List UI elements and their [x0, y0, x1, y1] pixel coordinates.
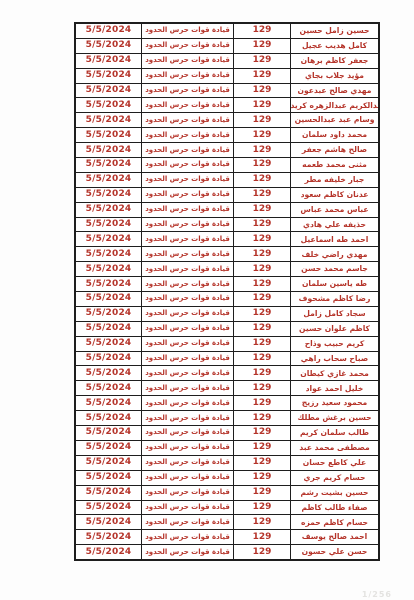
cell-code: 129 — [234, 203, 291, 217]
cell-unit: قيادة قوات حرس الحدود — [142, 471, 234, 485]
cell-name: كاظم علوان حسين — [291, 322, 378, 336]
cell-date: 5/5/2024 — [76, 456, 142, 470]
cell-code: 129 — [234, 322, 291, 336]
cell-code: 129 — [234, 411, 291, 425]
cell-date: 5/5/2024 — [76, 84, 142, 98]
cell-unit: قيادة قوات حرس الحدود — [142, 411, 234, 425]
cell-code: 129 — [234, 530, 291, 544]
table-row: 5/5/2024قيادة قوات حرس الحدود129سجاد كام… — [76, 307, 378, 322]
cell-name: مصطفى محمد عبد — [291, 441, 378, 455]
cell-name: مثنى محمد طعمه — [291, 158, 378, 172]
cell-code: 129 — [234, 232, 291, 246]
cell-code: 129 — [234, 128, 291, 142]
cell-date: 5/5/2024 — [76, 98, 142, 112]
cell-code: 129 — [234, 441, 291, 455]
cell-name: عدنان كاظم سعود — [291, 188, 378, 202]
table-row: 5/5/2024قيادة قوات حرس الحدود129خليل احم… — [76, 381, 378, 396]
cell-code: 129 — [234, 426, 291, 440]
cell-date: 5/5/2024 — [76, 426, 142, 440]
cell-unit: قيادة قوات حرس الحدود — [142, 98, 234, 112]
cell-name: مؤيد جلاب بجاي — [291, 69, 378, 83]
cell-date: 5/5/2024 — [76, 411, 142, 425]
cell-code: 129 — [234, 98, 291, 112]
cell-unit: قيادة قوات حرس الحدود — [142, 307, 234, 321]
cell-date: 5/5/2024 — [76, 337, 142, 351]
cell-unit: قيادة قوات حرس الحدود — [142, 113, 234, 127]
cell-name: علي كاطع حسان — [291, 456, 378, 470]
cell-unit: قيادة قوات حرس الحدود — [142, 232, 234, 246]
cell-unit: قيادة قوات حرس الحدود — [142, 84, 234, 98]
cell-code: 129 — [234, 173, 291, 187]
cell-date: 5/5/2024 — [76, 188, 142, 202]
table-row: 5/5/2024قيادة قوات حرس الحدود129كريم حبي… — [76, 337, 378, 352]
cell-date: 5/5/2024 — [76, 54, 142, 68]
cell-code: 129 — [234, 247, 291, 261]
cell-unit: قيادة قوات حرس الحدود — [142, 486, 234, 500]
table-row: 5/5/2024قيادة قوات حرس الحدود129احمد طه … — [76, 232, 378, 247]
cell-unit: قيادة قوات حرس الحدود — [142, 24, 234, 38]
cell-date: 5/5/2024 — [76, 24, 142, 38]
cell-date: 5/5/2024 — [76, 352, 142, 366]
cell-unit: قيادة قوات حرس الحدود — [142, 396, 234, 410]
cell-code: 129 — [234, 143, 291, 157]
cell-code: 129 — [234, 396, 291, 410]
cell-code: 129 — [234, 277, 291, 291]
cell-unit: قيادة قوات حرس الحدود — [142, 366, 234, 380]
cell-code: 129 — [234, 262, 291, 276]
cell-date: 5/5/2024 — [76, 545, 142, 559]
cell-unit: قيادة قوات حرس الحدود — [142, 277, 234, 291]
cell-date: 5/5/2024 — [76, 262, 142, 276]
cell-unit: قيادة قوات حرس الحدود — [142, 441, 234, 455]
cell-unit: قيادة قوات حرس الحدود — [142, 218, 234, 232]
cell-code: 129 — [234, 84, 291, 98]
cell-code: 129 — [234, 381, 291, 395]
cell-date: 5/5/2024 — [76, 366, 142, 380]
cell-date: 5/5/2024 — [76, 441, 142, 455]
cell-code: 129 — [234, 337, 291, 351]
table-row: 5/5/2024قيادة قوات حرس الحدود129علي كاطع… — [76, 456, 378, 471]
cell-date: 5/5/2024 — [76, 471, 142, 485]
cell-name: محمود سعيد رزيج — [291, 396, 378, 410]
cell-date: 5/5/2024 — [76, 158, 142, 172]
cell-unit: قيادة قوات حرس الحدود — [142, 173, 234, 187]
cell-date: 5/5/2024 — [76, 173, 142, 187]
cell-name: عبدالكريم عبدالزهره كريدي — [291, 98, 378, 112]
cell-name: طه ياسين سلمان — [291, 277, 378, 291]
cell-name: محمد غازي كيطان — [291, 366, 378, 380]
cell-name: حسام كريم جري — [291, 471, 378, 485]
cell-code: 129 — [234, 456, 291, 470]
cell-name: محمد داود سلمان — [291, 128, 378, 142]
cell-name: طالب سلمان كريم — [291, 426, 378, 440]
table-row: 5/5/2024قيادة قوات حرس الحدود129حسين زام… — [76, 24, 378, 39]
cell-name: كريم حبيب وذاح — [291, 337, 378, 351]
cell-date: 5/5/2024 — [76, 113, 142, 127]
cell-code: 129 — [234, 307, 291, 321]
cell-date: 5/5/2024 — [76, 381, 142, 395]
cell-code: 129 — [234, 39, 291, 53]
table-row: 5/5/2024قيادة قوات حرس الحدود129محمد غاز… — [76, 366, 378, 381]
cell-unit: قيادة قوات حرس الحدود — [142, 322, 234, 336]
cell-unit: قيادة قوات حرس الحدود — [142, 262, 234, 276]
cell-date: 5/5/2024 — [76, 530, 142, 544]
cell-unit: قيادة قوات حرس الحدود — [142, 203, 234, 217]
cell-name: حذيفه علي هادي — [291, 218, 378, 232]
cell-unit: قيادة قوات حرس الحدود — [142, 158, 234, 172]
cell-name: حسن علي حسون — [291, 545, 378, 559]
cell-unit: قيادة قوات حرس الحدود — [142, 39, 234, 53]
cell-date: 5/5/2024 — [76, 247, 142, 261]
cell-unit: قيادة قوات حرس الحدود — [142, 247, 234, 261]
cell-name: جبار خليفه مطر — [291, 173, 378, 187]
cell-unit: قيادة قوات حرس الحدود — [142, 545, 234, 559]
cell-name: صالح هاشم جعفر — [291, 143, 378, 157]
cell-name: صفاء طالب كاظم — [291, 501, 378, 515]
cell-code: 129 — [234, 24, 291, 38]
cell-unit: قيادة قوات حرس الحدود — [142, 69, 234, 83]
table-row: 5/5/2024قيادة قوات حرس الحدود129كاظم علو… — [76, 322, 378, 337]
cell-unit: قيادة قوات حرس الحدود — [142, 501, 234, 515]
cell-date: 5/5/2024 — [76, 277, 142, 291]
table-row: 5/5/2024قيادة قوات حرس الحدود129جبار خلي… — [76, 173, 378, 188]
table-row: 5/5/2024قيادة قوات حرس الحدود129حسام كاظ… — [76, 515, 378, 530]
table-row: 5/5/2024قيادة قوات حرس الحدود129عباس محم… — [76, 203, 378, 218]
cell-unit: قيادة قوات حرس الحدود — [142, 456, 234, 470]
cell-date: 5/5/2024 — [76, 307, 142, 321]
cell-code: 129 — [234, 366, 291, 380]
cell-code: 129 — [234, 486, 291, 500]
table-row: 5/5/2024قيادة قوات حرس الحدود129مؤيد جلا… — [76, 69, 378, 84]
cell-code: 129 — [234, 515, 291, 529]
table-row: 5/5/2024قيادة قوات حرس الحدود129مهدي صال… — [76, 84, 378, 99]
cell-unit: قيادة قوات حرس الحدود — [142, 128, 234, 142]
results-table: 5/5/2024قيادة قوات حرس الحدود129حسين زام… — [74, 22, 380, 561]
cell-code: 129 — [234, 352, 291, 366]
cell-name: جعفر كاظم برهان — [291, 54, 378, 68]
page: 5/5/2024قيادة قوات حرس الحدود129حسين زام… — [0, 0, 414, 600]
cell-unit: قيادة قوات حرس الحدود — [142, 515, 234, 529]
cell-name: احمد صالح يوسف — [291, 530, 378, 544]
cell-name: كامل هديب عجيل — [291, 39, 378, 53]
cell-name: حسين برغش مطلك — [291, 411, 378, 425]
table-row: 5/5/2024قيادة قوات حرس الحدود129مصطفى مح… — [76, 441, 378, 456]
cell-date: 5/5/2024 — [76, 203, 142, 217]
table-row: 5/5/2024قيادة قوات حرس الحدود129مهدي راض… — [76, 247, 378, 262]
cell-date: 5/5/2024 — [76, 501, 142, 515]
cell-code: 129 — [234, 218, 291, 232]
cell-code: 129 — [234, 545, 291, 559]
cell-name: حسام كاظم حمزه — [291, 515, 378, 529]
cell-code: 129 — [234, 54, 291, 68]
table-row: 5/5/2024قيادة قوات حرس الحدود129طالب سلم… — [76, 426, 378, 441]
cell-code: 129 — [234, 471, 291, 485]
cell-code: 129 — [234, 292, 291, 306]
cell-name: مهدي راضي خلف — [291, 247, 378, 261]
cell-date: 5/5/2024 — [76, 39, 142, 53]
table-row: 5/5/2024قيادة قوات حرس الحدود129حذيفه عل… — [76, 218, 378, 233]
cell-code: 129 — [234, 158, 291, 172]
cell-name: حسين بشيت رشم — [291, 486, 378, 500]
cell-date: 5/5/2024 — [76, 143, 142, 157]
table-row: 5/5/2024قيادة قوات حرس الحدود129جعفر كاظ… — [76, 54, 378, 69]
table-row: 5/5/2024قيادة قوات حرس الحدود129صفاء طال… — [76, 501, 378, 516]
table-row: 5/5/2024قيادة قوات حرس الحدود129حسين برغ… — [76, 411, 378, 426]
table-row: 5/5/2024قيادة قوات حرس الحدود129حسام كري… — [76, 471, 378, 486]
cell-date: 5/5/2024 — [76, 322, 142, 336]
cell-code: 129 — [234, 69, 291, 83]
cell-name: وسام عبد عبدالحسين — [291, 113, 378, 127]
cell-unit: قيادة قوات حرس الحدود — [142, 54, 234, 68]
cell-unit: قيادة قوات حرس الحدود — [142, 352, 234, 366]
cell-date: 5/5/2024 — [76, 69, 142, 83]
table-row: 5/5/2024قيادة قوات حرس الحدود129وسام عبد… — [76, 113, 378, 128]
cell-unit: قيادة قوات حرس الحدود — [142, 292, 234, 306]
page-indicator: 1/256 — [362, 590, 392, 599]
cell-unit: قيادة قوات حرس الحدود — [142, 381, 234, 395]
table-row: 5/5/2024قيادة قوات حرس الحدود129حسين بشي… — [76, 486, 378, 501]
cell-code: 129 — [234, 188, 291, 202]
table-row: 5/5/2024قيادة قوات حرس الحدود129مثنى محم… — [76, 158, 378, 173]
cell-date: 5/5/2024 — [76, 486, 142, 500]
table-row: 5/5/2024قيادة قوات حرس الحدود129محمود سع… — [76, 396, 378, 411]
table-row: 5/5/2024قيادة قوات حرس الحدود129محمد داو… — [76, 128, 378, 143]
cell-unit: قيادة قوات حرس الحدود — [142, 188, 234, 202]
table-row: 5/5/2024قيادة قوات حرس الحدود129طه ياسين… — [76, 277, 378, 292]
cell-unit: قيادة قوات حرس الحدود — [142, 530, 234, 544]
cell-date: 5/5/2024 — [76, 232, 142, 246]
cell-date: 5/5/2024 — [76, 218, 142, 232]
cell-name: مهدي صالح عبدعون — [291, 84, 378, 98]
cell-date: 5/5/2024 — [76, 515, 142, 529]
cell-unit: قيادة قوات حرس الحدود — [142, 426, 234, 440]
cell-name: سجاد كامل زامل — [291, 307, 378, 321]
cell-name: رضا كاظم مشحوف — [291, 292, 378, 306]
cell-unit: قيادة قوات حرس الحدود — [142, 337, 234, 351]
cell-unit: قيادة قوات حرس الحدود — [142, 143, 234, 157]
table-row: 5/5/2024قيادة قوات حرس الحدود129كامل هدي… — [76, 39, 378, 54]
cell-code: 129 — [234, 501, 291, 515]
table-row: 5/5/2024قيادة قوات حرس الحدود129صباح سحا… — [76, 352, 378, 367]
table-row: 5/5/2024قيادة قوات حرس الحدود129حسن علي … — [76, 545, 378, 559]
cell-name: احمد طه اسماعيل — [291, 232, 378, 246]
cell-name: حسين زامل حسين — [291, 24, 378, 38]
table-row: 5/5/2024قيادة قوات حرس الحدود129رضا كاظم… — [76, 292, 378, 307]
table-row: 5/5/2024قيادة قوات حرس الحدود129احمد صال… — [76, 530, 378, 545]
table-row: 5/5/2024قيادة قوات حرس الحدود129جاسم محم… — [76, 262, 378, 277]
cell-name: عباس محمد عباس — [291, 203, 378, 217]
cell-date: 5/5/2024 — [76, 292, 142, 306]
cell-name: صباح سحاب راهي — [291, 352, 378, 366]
cell-code: 129 — [234, 113, 291, 127]
cell-date: 5/5/2024 — [76, 396, 142, 410]
table-row: 5/5/2024قيادة قوات حرس الحدود129عدنان كا… — [76, 188, 378, 203]
cell-name: جاسم محمد حسن — [291, 262, 378, 276]
table-row: 5/5/2024قيادة قوات حرس الحدود129عبدالكري… — [76, 98, 378, 113]
cell-date: 5/5/2024 — [76, 128, 142, 142]
cell-name: خليل احمد عواد — [291, 381, 378, 395]
table-row: 5/5/2024قيادة قوات حرس الحدود129صالح هاش… — [76, 143, 378, 158]
